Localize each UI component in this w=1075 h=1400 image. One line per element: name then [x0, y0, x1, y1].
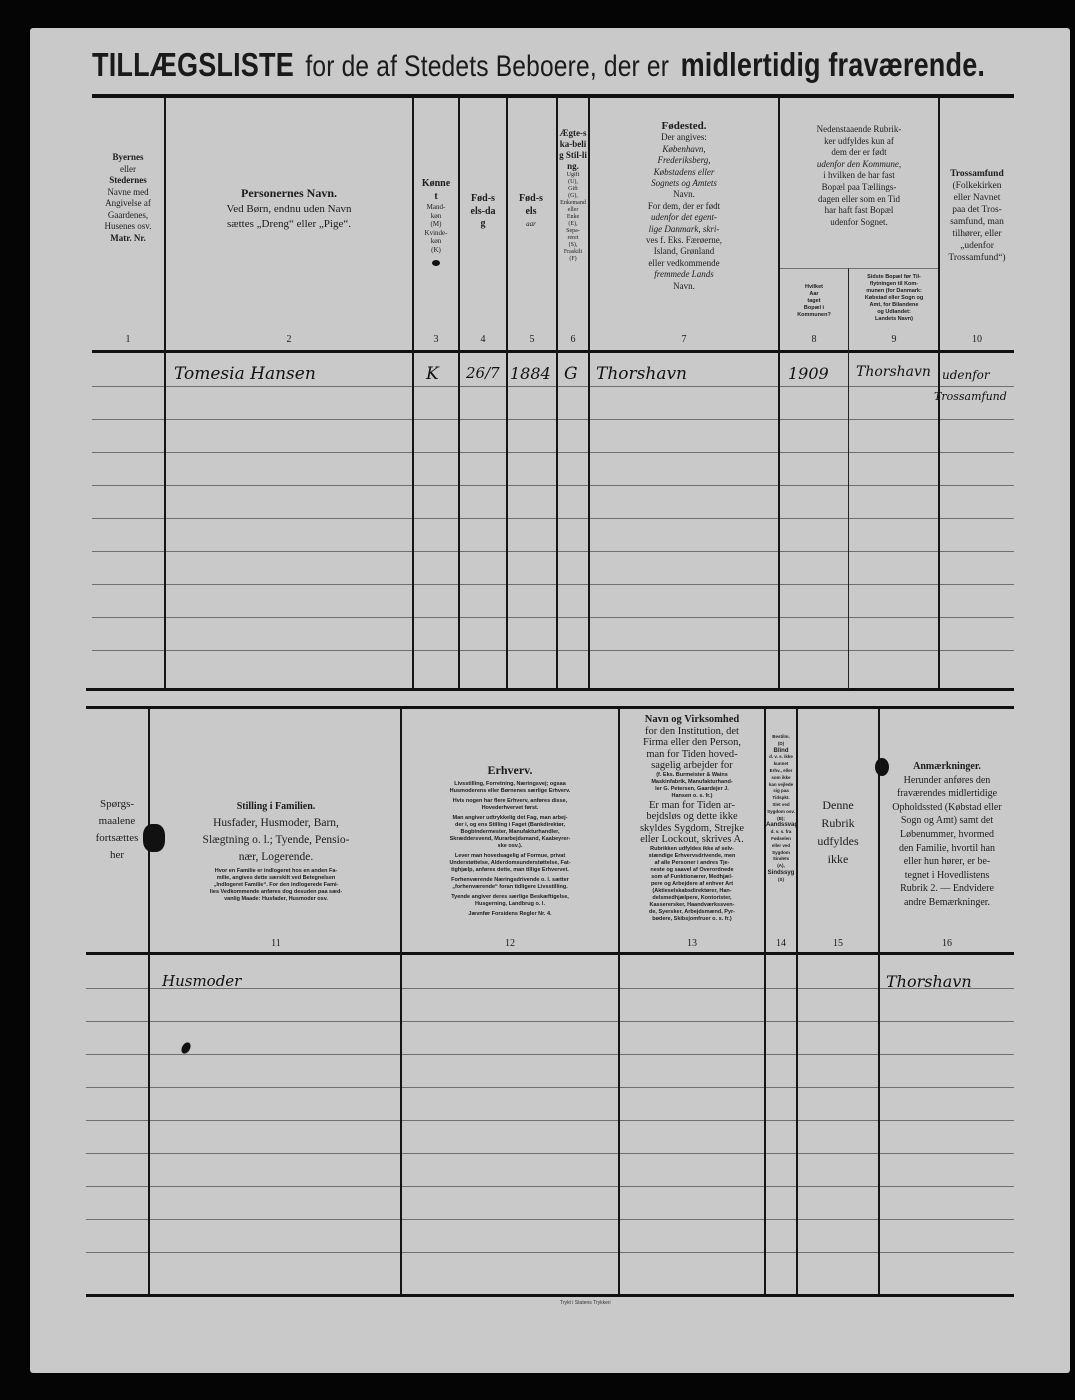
- birth-year-value: 1884: [510, 364, 551, 383]
- remarks-value: Thorshavn: [886, 972, 972, 991]
- questions-continue-note: Spørgs- maalene fortsættes her: [86, 796, 148, 864]
- family-position-value: Husmoder: [162, 972, 241, 990]
- census-form-page: TILLÆGSLISTE for de af Stedets Beboere, …: [30, 28, 1070, 1373]
- religion-value-line2: Trossamfund: [934, 390, 1007, 403]
- top-table-bottom-rule: [86, 688, 1014, 691]
- title-part-1: TILLÆGSLISTE: [92, 46, 294, 84]
- religion-value-line1: udenfor: [942, 368, 990, 382]
- sex-value: K: [426, 364, 439, 384]
- top-header-bottom-rule: [92, 350, 1014, 353]
- ink-blot: [875, 758, 889, 776]
- col12-header: Erhverv. Livsstilling, Forretning, Nærin…: [404, 764, 616, 918]
- last-residence-value: Thorshavn: [856, 364, 931, 380]
- col1-header: Byernes eller Stedernes Navne med Angive…: [92, 152, 164, 244]
- col15-header: Denne Rubrik udfyldes ikke: [798, 796, 878, 868]
- col10-header: Trossamfund (Folkekirken eller Navnet pa…: [940, 168, 1014, 264]
- col13-header: Navn og Virksomhed for den Institution, …: [620, 714, 764, 923]
- col8-9-group-note: Nedenstaaende Rubrik- ker udfyldes kun a…: [780, 124, 938, 228]
- col14-header: Bestilm.(D) Blindd. v. s. ikke kunnetErh…: [766, 734, 796, 884]
- col8-header: Hvilket Aar taget Bopæl i Kommunen?: [780, 284, 848, 319]
- title-part-2: for de af Stedets Beboere, der er: [305, 50, 669, 84]
- marital-status-value: G: [564, 364, 578, 384]
- col2-header: Personernes Navn. Ved Børn, endnu uden N…: [166, 186, 412, 232]
- top-table-top-rule: [92, 94, 1014, 98]
- col8-9-split-rule: [778, 268, 938, 269]
- birthplace-value: Thorshavn: [596, 364, 687, 384]
- col5-header: Fød-sels aar: [518, 193, 544, 231]
- year-moved-value: 1909: [788, 364, 829, 383]
- birth-day-value: 26/7: [466, 364, 500, 382]
- printer-line: Trykt i Statens Trykkeri: [560, 1300, 611, 1306]
- col7-header: Fødested. Der angives: København, Freder…: [590, 121, 778, 292]
- col4-header: Fød-sels-dag: [470, 193, 496, 231]
- col16-header: Anmærkninger. Herunder anføres den fravæ…: [880, 760, 1014, 910]
- col11-header: Stilling i Familien. Husfader, Husmoder,…: [152, 798, 400, 903]
- col9-header: Sidste Bopæl før Til- flytningen til Kom…: [850, 274, 938, 323]
- col3-header: Kønnet Mand- køn (M) Kvinde- køn (K): [414, 178, 458, 254]
- person-name: Tomesia Hansen: [174, 364, 316, 384]
- col6-header: Ægte-ska-belig Stil-ling. Ugift(U), Gift…: [558, 128, 588, 263]
- ink-blot: [432, 260, 440, 266]
- form-title: TILLÆGSLISTE for de af Stedets Beboere, …: [92, 46, 879, 98]
- title-part-3: midlertidig fraværende.: [681, 46, 986, 84]
